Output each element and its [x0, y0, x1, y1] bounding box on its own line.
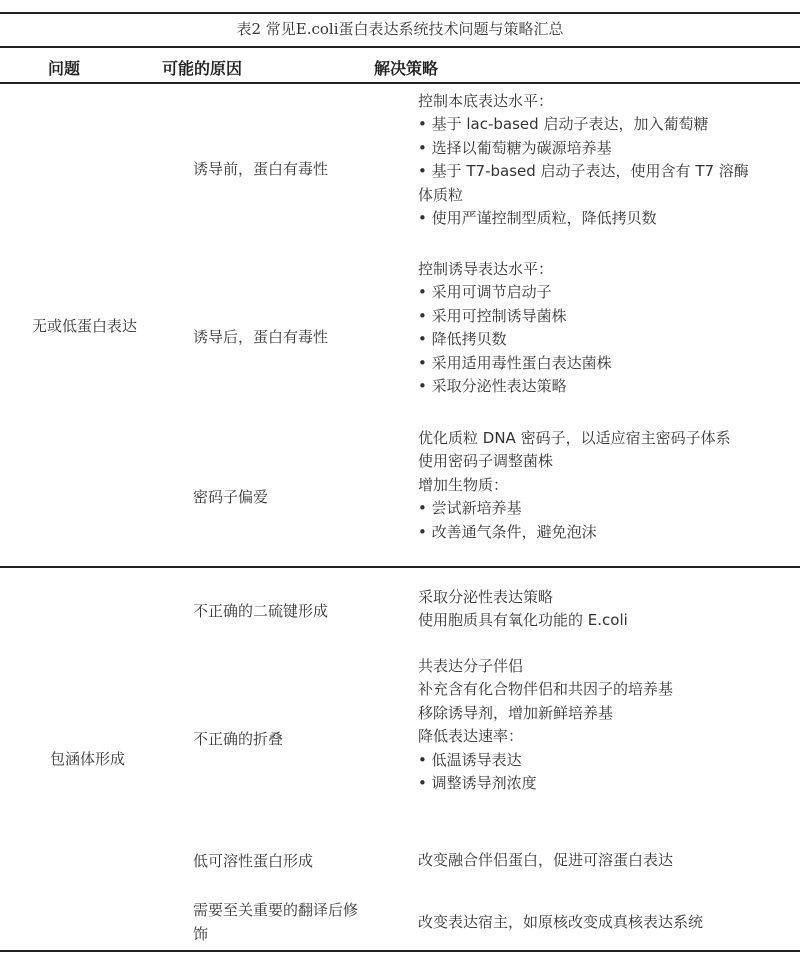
- solution-line: • 选择以葡萄糖为碳源培养基: [418, 137, 749, 160]
- solutions-ptm: 改变表达宿主，如原核改变成真核表达系统: [418, 911, 703, 934]
- solution-line: 移除诱导剂，增加新鲜培养基: [418, 702, 673, 725]
- solution-line: 采取分泌性表达策略: [418, 586, 628, 609]
- cause-line: 需要至关重要的翻译后修: [193, 898, 358, 922]
- cause-toxic-before-induction: 诱导前，蛋白有毒性: [193, 158, 328, 179]
- solution-line: • 基于 T7-based 启动子表达，使用含有 T7 溶酶: [418, 160, 749, 183]
- solution-line: • 基于 lac-based 启动子表达，加入葡萄糖: [418, 113, 749, 136]
- cause-ptm: 需要至关重要的翻译后修 饰: [193, 898, 358, 946]
- cause-line: 饰: [193, 922, 358, 946]
- solutions-toxic-after-induction: 控制诱导表达水平： • 采用可调节启动子 • 采用可控制诱导菌株 • 降低拷贝数…: [418, 258, 612, 398]
- header-problem: 问题: [48, 56, 80, 79]
- problem-inclusion-body: 包涵体形成: [50, 748, 125, 769]
- solution-line: • 采取分泌性表达策略: [418, 375, 612, 398]
- solutions-toxic-before-induction: 控制本底表达水平： • 基于 lac-based 启动子表达，加入葡萄糖 • 选…: [418, 90, 749, 230]
- solution-line: 补充含有化合物伴侣和共因子的培养基: [418, 678, 673, 701]
- solution-line: 控制诱导表达水平：: [418, 258, 612, 281]
- solutions-codon-bias: 优化质粒 DNA 密码子，以适应宿主密码子体系 使用密码子调整菌株 增加生物质：…: [418, 427, 731, 544]
- solution-line: 改变表达宿主，如原核改变成真核表达系统: [418, 911, 703, 934]
- header-rule: [0, 82, 800, 84]
- solution-line: 共表达分子伴侣: [418, 655, 673, 678]
- solution-line: 降低表达速率：: [418, 725, 673, 748]
- solution-line: • 低温诱导表达: [418, 749, 673, 772]
- header-cause: 可能的原因: [162, 56, 242, 79]
- solutions-disulfide: 采取分泌性表达策略 使用胞质具有氧化功能的 E.coli: [418, 586, 628, 633]
- solution-line: 使用密码子调整菌株: [418, 450, 731, 473]
- caption-rule: [0, 46, 800, 48]
- solution-line: • 采用可控制诱导菌株: [418, 305, 612, 328]
- table-caption: 表2 常见E.coli蛋白表达系统技术问题与策略汇总: [0, 18, 800, 39]
- solution-line: 优化质粒 DNA 密码子，以适应宿主密码子体系: [418, 427, 731, 450]
- solution-line: 控制本底表达水平：: [418, 90, 749, 113]
- top-rule: [0, 12, 800, 14]
- cause-codon-bias: 密码子偏爱: [193, 486, 268, 507]
- cause-disulfide: 不正确的二硫键形成: [193, 600, 328, 621]
- cause-misfolding: 不正确的折叠: [193, 728, 283, 749]
- solution-line: 体质粒: [418, 184, 749, 207]
- solution-line: • 降低拷贝数: [418, 328, 612, 351]
- cause-low-solubility: 低可溶性蛋白形成: [193, 850, 313, 871]
- cause-toxic-after-induction: 诱导后，蛋白有毒性: [193, 326, 328, 347]
- solution-line: 使用胞质具有氧化功能的 E.coli: [418, 609, 628, 632]
- solution-line: • 采用适用毒性蛋白表达菌株: [418, 352, 612, 375]
- solution-line: • 改善通气条件，避免泡沫: [418, 521, 731, 544]
- solution-line: 增加生物质：: [418, 474, 731, 497]
- solution-line: • 尝试新培养基: [418, 497, 731, 520]
- solutions-low-solubility: 改变融合伴侣蛋白，促进可溶蛋白表达: [418, 849, 673, 872]
- bottom-rule: [0, 950, 800, 952]
- solution-line: • 使用严谨控制型质粒，降低拷贝数: [418, 207, 749, 230]
- solution-line: • 采用可调节启动子: [418, 281, 612, 304]
- solution-line: 改变融合伴侣蛋白，促进可溶蛋白表达: [418, 849, 673, 872]
- solution-line: • 调整诱导剂浓度: [418, 772, 673, 795]
- problem-no-low-expression: 无或低蛋白表达: [32, 315, 137, 336]
- header-solution: 解决策略: [374, 56, 438, 79]
- solutions-misfolding: 共表达分子伴侣 补充含有化合物伴侣和共因子的培养基 移除诱导剂，增加新鲜培养基 …: [418, 655, 673, 795]
- group-divider-rule: [0, 566, 800, 568]
